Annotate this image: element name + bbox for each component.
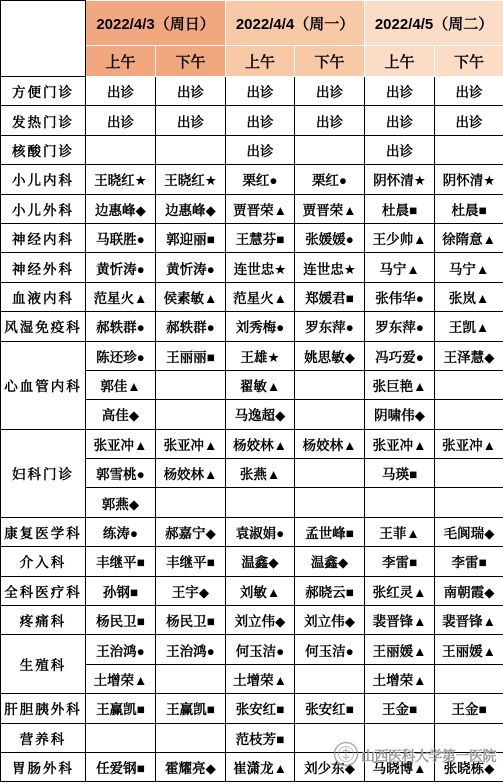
- table-row: 发热门诊出诊出诊出诊出诊出诊出诊: [1, 106, 503, 135]
- department-label: 妇科门诊: [1, 429, 86, 517]
- schedule-cell: 出诊: [365, 135, 435, 164]
- department-label: 神经内科: [1, 223, 86, 252]
- schedule-cell: 王丽媛▲: [365, 635, 435, 664]
- schedule-cell: 马逸超◆: [226, 400, 295, 429]
- schedule-cell: 王宇◆: [156, 576, 226, 605]
- schedule-cell: [295, 488, 365, 517]
- schedule-cell: 孟世峰■: [295, 517, 365, 546]
- schedule-cell: 出诊: [86, 77, 156, 106]
- schedule-cell: 陈还珍●: [86, 341, 156, 370]
- schedule-cell: 侯素敏▲: [156, 282, 226, 311]
- schedule-cell: 王晓红★: [86, 165, 156, 194]
- schedule-cell: 罗东萍●: [365, 312, 435, 341]
- table-header: 2022/4/3（周日） 2022/4/4（周一） 2022/4/5（周二） 上…: [1, 1, 503, 77]
- table-row: 妇科门诊张亚冲▲张亚冲▲杨姣林▲杨姣林▲张亚冲▲张亚冲▲: [1, 429, 503, 458]
- schedule-cell: 裴晋锋▲: [435, 606, 503, 635]
- schedule-cell: 出诊: [365, 106, 435, 135]
- schedule-cell: 任爱钢■: [86, 752, 156, 781]
- schedule-cell: [86, 135, 156, 164]
- schedule-cell: 出诊: [226, 77, 295, 106]
- schedule-cell: 王雄★: [226, 341, 295, 370]
- schedule-cell: 出诊: [226, 106, 295, 135]
- schedule-cell: 李雷■: [365, 547, 435, 576]
- table-row: 核酸门诊出诊出诊: [1, 135, 503, 164]
- department-label: 疼痛科: [1, 606, 86, 635]
- department-label: 小儿内科: [1, 165, 86, 194]
- schedule-cell: 刘少东◆: [295, 752, 365, 781]
- schedule-cell: [156, 664, 226, 693]
- schedule-cell: 张红灵▲: [365, 576, 435, 605]
- schedule-cell: 出诊: [435, 77, 503, 106]
- schedule-cell: 王少帅▲: [365, 223, 435, 252]
- schedule-cell: [435, 135, 503, 164]
- am-header: 上午: [226, 46, 295, 77]
- table-row: 小儿外科边惠峰◆边惠峰◆贾晋荣▲贾晋荣▲杜晨■杜晨■: [1, 194, 503, 223]
- schedule-cell: 王治鸿●: [86, 635, 156, 664]
- schedule-cell: 阴怀清★: [435, 165, 503, 194]
- schedule-body: 方便门诊出诊出诊出诊出诊出诊出诊发热门诊出诊出诊出诊出诊出诊出诊核酸门诊出诊出诊…: [1, 77, 503, 782]
- schedule-cell: 温鑫◆: [226, 547, 295, 576]
- schedule-cell: 丰继平■: [156, 547, 226, 576]
- schedule-cell: 王丽媛▲: [435, 635, 503, 664]
- schedule-cell: 阴怀清★: [365, 165, 435, 194]
- department-label: 血液内科: [1, 282, 86, 311]
- department-label: 肝胆胰外科: [1, 694, 86, 723]
- schedule-cell: 范枝芳■: [226, 723, 295, 752]
- department-label: 胃肠外科: [1, 752, 86, 781]
- schedule-cell: 王金■: [435, 694, 503, 723]
- schedule-cell: [435, 370, 503, 399]
- table-row: 营养科范枝芳■: [1, 723, 503, 752]
- table-row: 肝胆胰外科王赢凯■王赢凯■张安红■张安红■王金■王金■: [1, 694, 503, 723]
- schedule-cell: 边惠峰◆: [156, 194, 226, 223]
- schedule-cell: 马瑛■: [365, 459, 435, 488]
- table-row: 心血管内科陈还珍●王丽丽■王雄★姚思敏◆冯巧爱●王泽慧◆: [1, 341, 503, 370]
- schedule-cell: 郭迎丽■: [156, 223, 226, 252]
- schedule-cell: 黄忻涛●: [156, 253, 226, 282]
- schedule-cell: 袁淑娟●: [226, 517, 295, 546]
- schedule-cell: 刘立伟◆: [226, 606, 295, 635]
- table-row: 全科医疗科孙钢■王宇◆刘敏▲郝晓云■张红灵▲南朝霞◆: [1, 576, 503, 605]
- schedule-cell: 杨民卫■: [86, 606, 156, 635]
- schedule-cell: 孙钢■: [86, 576, 156, 605]
- schedule-cell: 杨姣林▲: [156, 459, 226, 488]
- schedule-cell: 王凯▲: [435, 312, 503, 341]
- schedule-cell: [156, 488, 226, 517]
- schedule-cell: 土增荣▲: [365, 664, 435, 693]
- schedule-cell: 温鑫◆: [295, 547, 365, 576]
- date-header-tuesday: 2022/4/5（周二）: [365, 1, 503, 46]
- schedule-cell: [435, 400, 503, 429]
- schedule-cell: 王治鸿●: [156, 635, 226, 664]
- schedule-cell: 郝轶群●: [86, 312, 156, 341]
- schedule-cell: 裴晋锋▲: [365, 606, 435, 635]
- date-header-monday: 2022/4/4（周一）: [226, 1, 365, 46]
- pm-header: 下午: [435, 46, 503, 77]
- schedule-cell: 出诊: [156, 106, 226, 135]
- schedule-cell: [156, 400, 226, 429]
- schedule-cell: 张媛媛●: [295, 223, 365, 252]
- schedule-cell: 罗东萍●: [295, 312, 365, 341]
- schedule-cell: 毛阆瑞◆: [435, 517, 503, 546]
- schedule-cell: 南朝霞◆: [435, 576, 503, 605]
- schedule-cell: [295, 459, 365, 488]
- schedule-cell: 王丽丽■: [156, 341, 226, 370]
- schedule-cell: 贾晋荣▲: [226, 194, 295, 223]
- schedule-cell: 丰继平■: [86, 547, 156, 576]
- schedule-cell: [295, 664, 365, 693]
- schedule-cell: 张安红■: [226, 694, 295, 723]
- schedule-cell: 贾晋荣▲: [295, 194, 365, 223]
- department-label: 康复医学科: [1, 517, 86, 546]
- department-label: 风湿免疫科: [1, 312, 86, 341]
- schedule-cell: 马宁▲: [365, 253, 435, 282]
- schedule-cell: 刘敏▲: [226, 576, 295, 605]
- schedule-cell: 马联胜●: [86, 223, 156, 252]
- am-header: 上午: [86, 46, 156, 77]
- schedule-cell: [156, 370, 226, 399]
- schedule-cell: [295, 723, 365, 752]
- department-label: 介入科: [1, 547, 86, 576]
- schedule-cell: 郝嘉宁◆: [156, 517, 226, 546]
- table-row: 胃肠外科任爱钢■霍耀亮◆崔潇龙▲刘少东◆马晓博▲张晓栋◆: [1, 752, 503, 781]
- pm-header: 下午: [156, 46, 226, 77]
- schedule-cell: 郑媛君■: [295, 282, 365, 311]
- schedule-cell: 郭燕◆: [86, 488, 156, 517]
- schedule-cell: 郭雪桃●: [86, 459, 156, 488]
- schedule-cell: 边惠峰◆: [86, 194, 156, 223]
- table-row: 神经内科马联胜●郭迎丽■王慧芬■张媛媛●王少帅▲徐隋意▲: [1, 223, 503, 252]
- schedule-cell: 杜晨■: [365, 194, 435, 223]
- department-label: 营养科: [1, 723, 86, 752]
- date-header-sunday: 2022/4/3（周日）: [86, 1, 226, 46]
- department-label: 小儿外科: [1, 194, 86, 223]
- table-row: 康复医学科练涛●郝嘉宁◆袁淑娟●孟世峰■王菲▲毛阆瑞◆: [1, 517, 503, 546]
- department-label: 神经外科: [1, 253, 86, 282]
- schedule-cell: 王慧芬■: [226, 223, 295, 252]
- department-label: 发热门诊: [1, 106, 86, 135]
- schedule-cell: 栗红●: [226, 165, 295, 194]
- schedule-cell: 杨姣林▲: [295, 429, 365, 458]
- table-row: 方便门诊出诊出诊出诊出诊出诊出诊: [1, 77, 503, 106]
- schedule-cell: [156, 723, 226, 752]
- schedule-cell: 出诊: [295, 77, 365, 106]
- schedule-cell: 阴啸伟◆: [365, 400, 435, 429]
- schedule-cell: 栗红●: [295, 165, 365, 194]
- schedule-cell: 杨民卫■: [156, 606, 226, 635]
- schedule-cell: 姚思敏◆: [295, 341, 365, 370]
- schedule-cell: 刘秀梅●: [226, 312, 295, 341]
- schedule-cell: [295, 400, 365, 429]
- schedule-cell: 崔潇龙▲: [226, 752, 295, 781]
- schedule-cell: 郭佳▲: [86, 370, 156, 399]
- schedule-cell: 张亚冲▲: [86, 429, 156, 458]
- am-header: 上午: [365, 46, 435, 77]
- department-label: 全科医疗科: [1, 576, 86, 605]
- schedule-cell: 出诊: [295, 106, 365, 135]
- corner-cell: [1, 1, 86, 77]
- schedule-cell: 张亚冲▲: [365, 429, 435, 458]
- department-label: 心血管内科: [1, 341, 86, 429]
- schedule-cell: 范星火▲: [226, 282, 295, 311]
- schedule-cell: 张岚▲: [435, 282, 503, 311]
- schedule-cell: [156, 135, 226, 164]
- pm-header: 下午: [295, 46, 365, 77]
- schedule-cell: 王晓红★: [156, 165, 226, 194]
- schedule-cell: 张燕▲: [226, 459, 295, 488]
- schedule-cell: 范星火▲: [86, 282, 156, 311]
- schedule-cell: [365, 723, 435, 752]
- schedule-table: 2022/4/3（周日） 2022/4/4（周一） 2022/4/5（周二） 上…: [0, 0, 503, 782]
- schedule-cell: [365, 488, 435, 517]
- schedule-cell: 张安红■: [295, 694, 365, 723]
- table-row: 生殖科王治鸿●王治鸿●何玉洁●何玉洁●王丽媛▲王丽媛▲: [1, 635, 503, 664]
- schedule-cell: 王赢凯■: [86, 694, 156, 723]
- department-label: 方便门诊: [1, 77, 86, 106]
- schedule-cell: [295, 370, 365, 399]
- schedule-cell: 张亚冲▲: [435, 429, 503, 458]
- schedule-cell: 张晓栋◆: [435, 752, 503, 781]
- schedule-cell: 连世忠★: [226, 253, 295, 282]
- schedule-cell: 徐隋意▲: [435, 223, 503, 252]
- schedule-cell: 何玉洁●: [226, 635, 295, 664]
- schedule-cell: 高佳◆: [86, 400, 156, 429]
- table-row: 血液内科范星火▲侯素敏▲范星火▲郑媛君■张伟华●张岚▲: [1, 282, 503, 311]
- schedule-cell: 土增荣▲: [86, 664, 156, 693]
- schedule-cell: 张伟华●: [365, 282, 435, 311]
- schedule-cell: 王金■: [365, 694, 435, 723]
- schedule-cell: 杜晨■: [435, 194, 503, 223]
- schedule-cell: [435, 723, 503, 752]
- schedule-cell: 王菲▲: [365, 517, 435, 546]
- table-row: 风湿免疫科郝轶群●郝轶群●刘秀梅●罗东萍●罗东萍●王凯▲: [1, 312, 503, 341]
- schedule-cell: 练涛●: [86, 517, 156, 546]
- schedule-cell: 翟敏▲: [226, 370, 295, 399]
- schedule-cell: 黄忻涛●: [86, 253, 156, 282]
- schedule-cell: 何玉洁●: [295, 635, 365, 664]
- table-row: 小儿内科王晓红★王晓红★栗红●栗红●阴怀清★阴怀清★: [1, 165, 503, 194]
- schedule-cell: 杨姣林▲: [226, 429, 295, 458]
- schedule-cell: 连世忠★: [295, 253, 365, 282]
- schedule-cell: 出诊: [86, 106, 156, 135]
- table-row: 神经外科黄忻涛●黄忻涛●连世忠★连世忠★马宁▲马宁▲: [1, 253, 503, 282]
- department-label: 核酸门诊: [1, 135, 86, 164]
- schedule-cell: 出诊: [226, 135, 295, 164]
- table-row: 疼痛科杨民卫■杨民卫■刘立伟◆刘立伟◆裴晋锋▲裴晋锋▲: [1, 606, 503, 635]
- schedule-cell: 郝晓云■: [295, 576, 365, 605]
- schedule-cell: 马晓博▲: [365, 752, 435, 781]
- schedule-cell: 出诊: [156, 77, 226, 106]
- department-label: 生殖科: [1, 635, 86, 694]
- schedule-cell: [435, 488, 503, 517]
- schedule-cell: 霍耀亮◆: [156, 752, 226, 781]
- schedule-cell: 刘立伟◆: [295, 606, 365, 635]
- table-row: 介入科丰继平■丰继平■温鑫◆温鑫◆李雷■李雷■: [1, 547, 503, 576]
- schedule-cell: 王赢凯■: [156, 694, 226, 723]
- schedule-cell: [435, 459, 503, 488]
- schedule-cell: 出诊: [435, 106, 503, 135]
- schedule-cell: 张亚冲▲: [156, 429, 226, 458]
- schedule-cell: 李雷■: [435, 547, 503, 576]
- schedule-cell: [295, 135, 365, 164]
- schedule-cell: 马宁▲: [435, 253, 503, 282]
- schedule-cell: [435, 664, 503, 693]
- schedule-cell: 张巨艳▲: [365, 370, 435, 399]
- schedule-cell: 王泽慧◆: [435, 341, 503, 370]
- schedule-cell: 土增荣▲: [226, 664, 295, 693]
- schedule-cell: 出诊: [365, 77, 435, 106]
- schedule-cell: [86, 723, 156, 752]
- schedule-cell: 冯巧爱●: [365, 341, 435, 370]
- schedule-cell: [226, 488, 295, 517]
- schedule-cell: 郝轶群●: [156, 312, 226, 341]
